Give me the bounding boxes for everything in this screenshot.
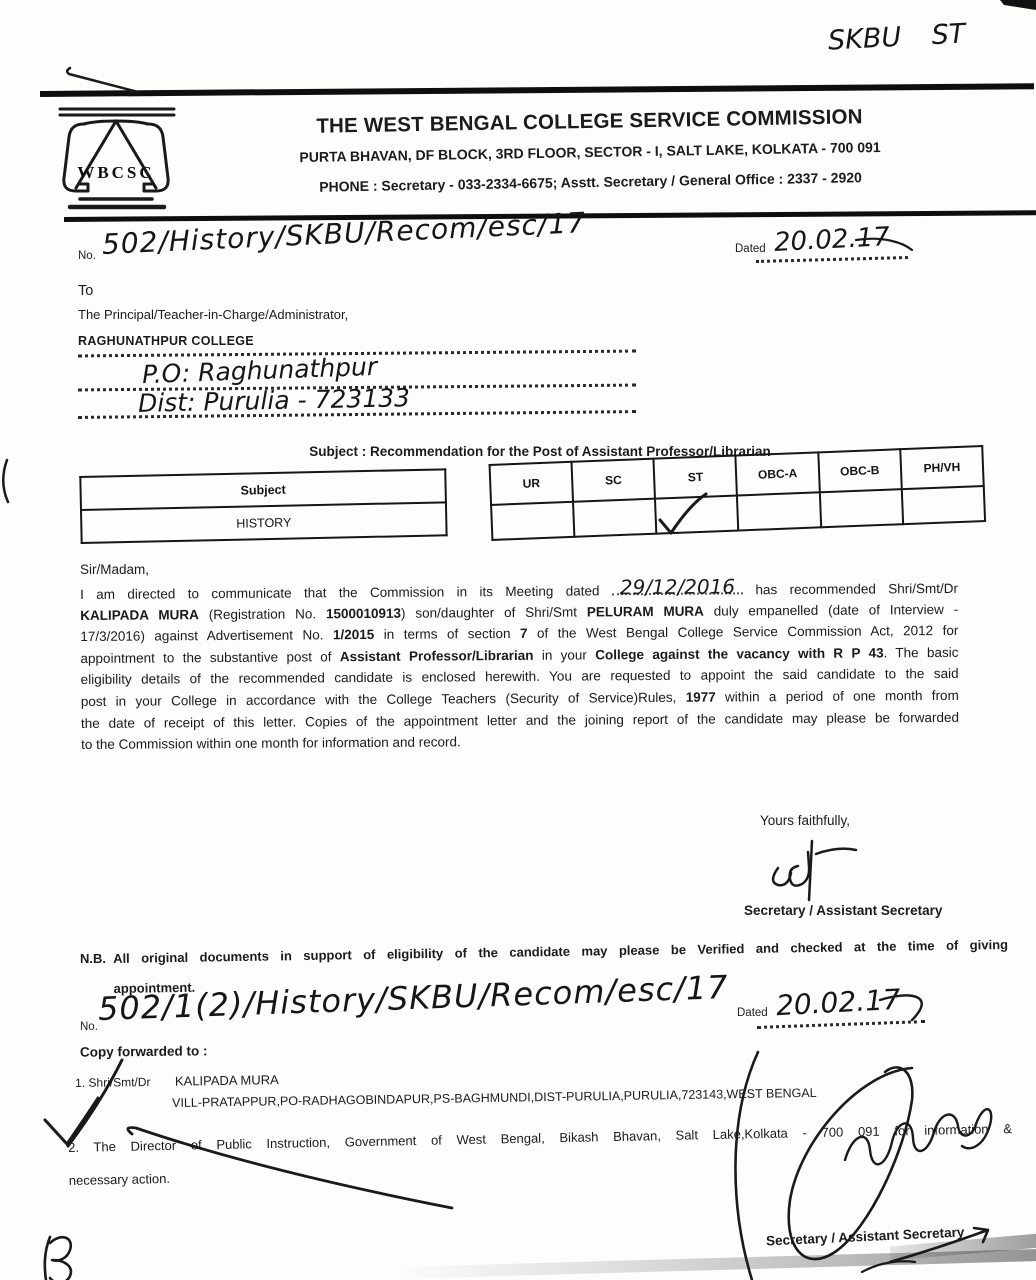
ref-no-label: No. bbox=[78, 250, 96, 262]
col-ur: UR bbox=[490, 462, 574, 505]
cell-ur bbox=[491, 502, 574, 540]
logo-text: WBCSC bbox=[77, 163, 154, 182]
copy-item1-prefix: 1. Shri/Smt/Dr bbox=[75, 1075, 151, 1090]
cell-obc-a bbox=[737, 492, 820, 530]
stray-pen-stroke bbox=[67, 68, 138, 92]
org-name: THE WEST BENGAL COLLEGE SERVICE COMMISSI… bbox=[199, 103, 979, 141]
dated-label: Dated bbox=[735, 243, 766, 255]
college-name: RAGHUNATHPUR COLLEGE bbox=[78, 334, 254, 348]
col-ph-vh: PH/VH bbox=[900, 446, 984, 489]
copy-heading: Copy forwarded to : bbox=[80, 1043, 208, 1059]
cell-ph-vh bbox=[902, 486, 986, 524]
recipient-line: The Principal/Teacher-in-Charge/Administ… bbox=[78, 307, 348, 322]
col-st: ST bbox=[654, 456, 738, 499]
copy-item1-name: KALIPADA MURA bbox=[175, 1072, 279, 1088]
scan-smudge-band bbox=[395, 1249, 1036, 1279]
col-obc-a: OBC-A bbox=[736, 452, 820, 495]
subject-table-value: HISTORY bbox=[81, 502, 447, 543]
to-label: To bbox=[78, 283, 93, 299]
org-address: PURTA BHAVAN, DF BLOCK, 3RD FLOOR, SECTO… bbox=[200, 137, 980, 167]
sd-signature bbox=[773, 841, 856, 900]
org-phone: PHONE : Secretary - 033-2334-6675; Asstt… bbox=[200, 167, 980, 197]
ref2-no-label: No. bbox=[80, 1021, 98, 1033]
dated-value-handwritten: 20.02.17 bbox=[773, 222, 890, 258]
cell-obc-b bbox=[819, 489, 902, 527]
cell-st bbox=[655, 495, 738, 533]
footer-signatory: Secretary / Assistant Secretary bbox=[766, 1225, 965, 1249]
subject-table: Subject HISTORY bbox=[79, 468, 447, 544]
valediction: Yours faithfully, bbox=[760, 813, 850, 828]
col-sc: SC bbox=[572, 459, 656, 502]
nb-label: N.B. bbox=[80, 951, 106, 966]
handwritten-top-right-note: SKBU ST bbox=[827, 18, 966, 56]
copy-item1-address: VILL-PRATAPPUR,PO-RADHAGOBINDAPUR,PS-BAG… bbox=[172, 1086, 817, 1110]
copy-item2: 2. The Director of Public Instruction, G… bbox=[68, 1121, 1013, 1206]
left-edge-mark bbox=[3, 460, 8, 502]
category-table: UR SC ST OBC-A OBC-B PH/VH bbox=[489, 445, 987, 541]
po-handwritten: P.O: Raghunathpur bbox=[142, 352, 378, 389]
cell-sc bbox=[573, 499, 656, 537]
body-paragraph: I am directed to communicate that the Co… bbox=[80, 580, 959, 759]
letterhead: THE WEST BENGAL COLLEGE SERVICE COMMISSI… bbox=[199, 103, 980, 197]
copy-item1: 1. Shri/Smt/Dr KALIPADA MURA bbox=[75, 1071, 279, 1092]
scan-corner-artifact bbox=[1000, 0, 1036, 10]
wbcsc-logo: WBCSC bbox=[50, 102, 182, 214]
signatory-line: Secretary / Assistant Secretary bbox=[744, 903, 942, 918]
dated2-label: Dated bbox=[737, 1007, 768, 1019]
dated2-value-handwritten: 20.02.17 bbox=[775, 983, 901, 1022]
top-rule bbox=[40, 83, 1034, 96]
col-obc-b: OBC-B bbox=[818, 449, 902, 492]
bottom-left-pen-mark bbox=[45, 1237, 71, 1280]
scanned-letter-page: SKBU ST WBCSC THE WEST BENGAL COLLEGE SE… bbox=[0, 0, 1036, 1280]
salutation: Sir/Madam, bbox=[80, 562, 149, 577]
